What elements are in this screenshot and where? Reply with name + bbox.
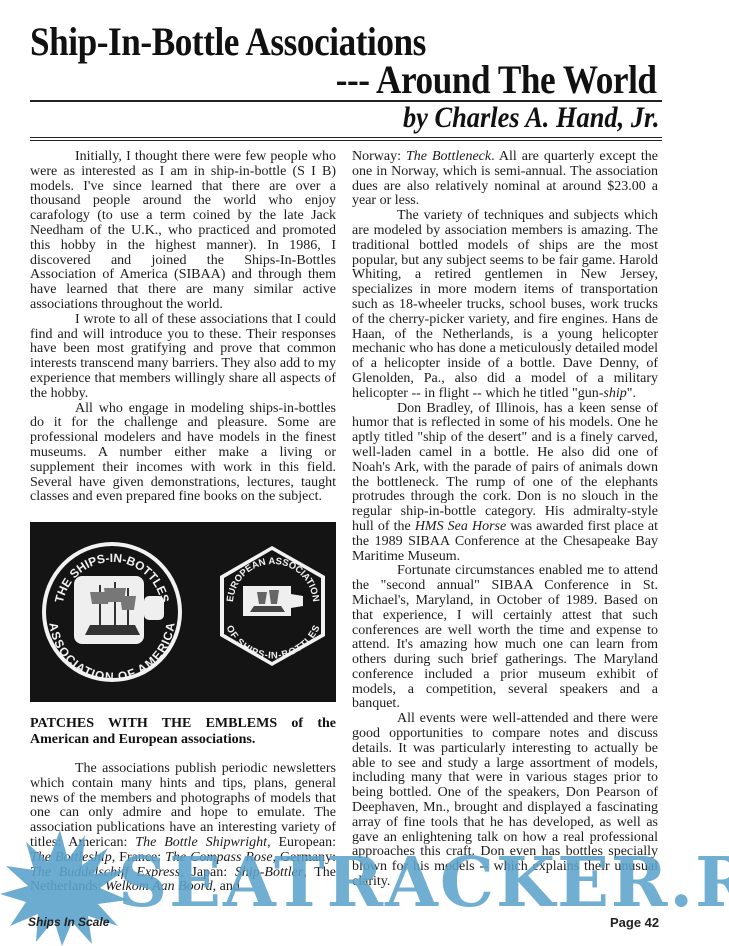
left-column-text: Initially, I thought there were few peop…: [30, 150, 336, 505]
emphasis: ship: [603, 386, 626, 401]
ship-name: HMS Sea Horse: [415, 519, 506, 534]
publication-title: The Bottleship: [30, 850, 112, 865]
paragraph: I wrote to all of these associations tha…: [30, 313, 336, 402]
paragraph: Don Bradley, of Illinois, has a keen sen…: [352, 402, 658, 565]
sibaa-patch-icon: THE SHIPS-IN-BOTTLES ASSOCIATION OF AMER…: [40, 540, 185, 685]
publication-title: The Bottleneck: [406, 149, 491, 164]
paragraph: The variety of techniques and subjects w…: [352, 209, 658, 401]
patches-photo: THE SHIPS-IN-BOTTLES ASSOCIATION OF AMER…: [30, 522, 336, 702]
paragraph: Initially, I thought there were few peop…: [30, 150, 336, 313]
right-column-text: Norway: The Bottleneck. All are quarterl…: [352, 150, 658, 890]
photo-caption: PATCHES WITH THE EMBLEMS of the American…: [30, 716, 336, 748]
paragraph: Norway: The Bottleneck. All are quarterl…: [352, 150, 658, 209]
european-association-patch-icon: EUROPEAN ASSOCIATION OF SHIPS-IN-BOTTLES: [215, 544, 330, 669]
paragraph: Fortunate circumstances enabled me to at…: [352, 564, 658, 712]
byline-divider-bottom: [30, 140, 662, 141]
byline: by Charles A. Hand, Jr.: [403, 100, 659, 136]
article-title-line-2: --- Around The World: [336, 58, 657, 102]
watermark-text: SEATRACKER.RU: [118, 848, 729, 918]
paragraph: All who engage in modeling ships-in-bott…: [30, 402, 336, 506]
publication-name: Ships In Scale: [28, 915, 109, 929]
byline-divider-top: [30, 137, 662, 138]
page-number: Page 42: [610, 915, 659, 930]
